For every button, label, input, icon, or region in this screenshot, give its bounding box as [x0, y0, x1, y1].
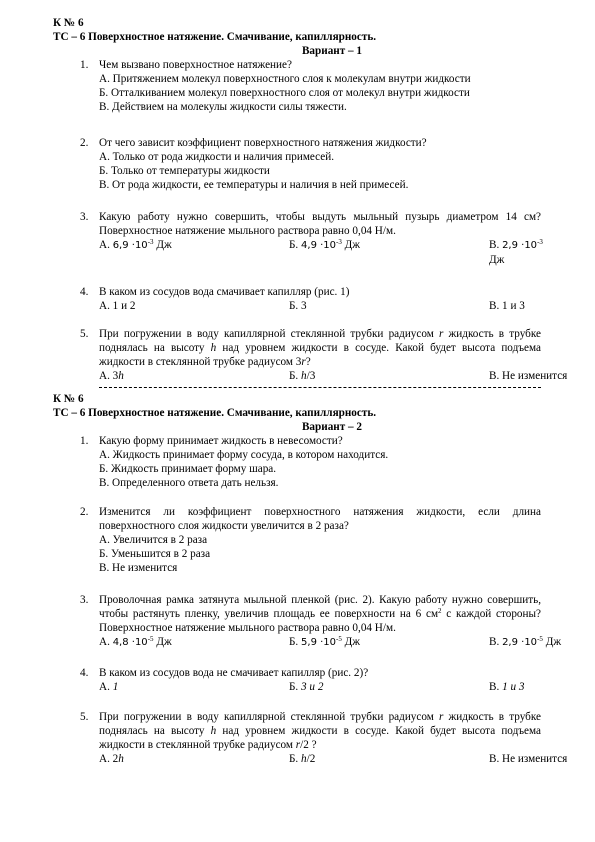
- question-5: 5. При погружении в воду капиллярной сте…: [63, 710, 541, 766]
- answer-option-c: В. Определенного ответа дать нельзя.: [99, 476, 541, 490]
- question-number: 2.: [80, 136, 88, 150]
- answer-option-b: Б. h/3: [289, 369, 489, 383]
- question-number: 4.: [80, 285, 88, 299]
- question-2: 2. От чего зависит коэффициент поверхнос…: [63, 136, 541, 192]
- answer-option-b: Б. 4,9 ·10-3 Дж: [289, 238, 489, 267]
- answer-option-a: А. Жидкость принимает форму сосуда, в ко…: [99, 448, 541, 462]
- test-topic-title: ТС – 6 Поверхностное натяжение. Смачиван…: [53, 30, 541, 44]
- answer-option-a: А. 4,8 ·10-5 Дж: [99, 635, 289, 650]
- question-3: 3. Проволочная рамка затянута мыльной пл…: [63, 593, 541, 650]
- answer-options-row: А. 2h Б. h/2 В. Не изменится: [99, 752, 541, 766]
- question-number: 2.: [80, 505, 88, 519]
- question-text: В каком из сосудов вода смачивает капилл…: [99, 285, 541, 299]
- document-page: К № 6 ТС – 6 Поверхностное натяжение. См…: [63, 16, 541, 766]
- question-number: 3.: [80, 210, 88, 224]
- answer-option-c: В. 1 и 3: [489, 299, 559, 313]
- question-2: 2. Изменится ли коэффициент поверхностно…: [63, 505, 541, 575]
- variant-title: Вариант – 2: [63, 420, 541, 434]
- answer-option-b: Б. Жидкость принимает форму шара.: [99, 462, 541, 476]
- answer-option-a: А. Притяжением молекул поверхностного сл…: [99, 72, 541, 86]
- question-number: 5.: [80, 710, 88, 724]
- question-1: 1. Чем вызвано поверхностное натяжение? …: [63, 58, 541, 114]
- question-text: Изменится ли коэффициент поверхностного …: [99, 505, 541, 533]
- test-number: К № 6: [53, 392, 541, 406]
- answer-option-c: В. От рода жидкости, ее температуры и на…: [99, 178, 541, 192]
- answer-option-b: Б. Только от температуры жидкости: [99, 164, 541, 178]
- answer-option-c: В. Действием на молекулы жидкости силы т…: [99, 100, 541, 114]
- question-text: При погружении в воду капиллярной стекля…: [99, 710, 541, 752]
- test-number: К № 6: [53, 16, 541, 30]
- answer-options-row: А. 1 и 2 Б. 3 В. 1 и 3: [99, 299, 541, 313]
- answer-option-a: А. 6,9 ·10-3 Дж: [99, 238, 289, 267]
- answer-option-a: А. 1 и 2: [99, 299, 289, 313]
- question-number: 1.: [80, 434, 88, 448]
- question-3: 3. Какую работу нужно совершить, чтобы в…: [63, 210, 541, 267]
- answer-option-a: А. Увеличится в 2 раза: [99, 533, 541, 547]
- answer-option-a: А. Только от рода жидкости и наличия при…: [99, 150, 541, 164]
- answer-option-b: Б. Уменьшится в 2 раза: [99, 547, 541, 561]
- question-text: Какую форму принимает жидкость в невесом…: [99, 434, 541, 448]
- answer-options-row: А. 4,8 ·10-5 Дж Б. 5,9 ·10-5 Дж В. 2,9 ·…: [99, 635, 541, 650]
- answer-option-b: Б. Отталкиванием молекул поверхностного …: [99, 86, 541, 100]
- answer-option-c: В. 2,9 ·10-5 Дж: [489, 635, 581, 650]
- answer-option-b: Б. 3: [289, 299, 489, 313]
- test-topic-title: ТС – 6 Поверхностное натяжение. Смачиван…: [53, 406, 541, 420]
- answer-option-b: Б. 5,9 ·10-5 Дж: [289, 635, 489, 650]
- answer-option-c: В. Не изменится: [99, 561, 541, 575]
- answer-option-c: В. Не изменится: [489, 752, 581, 766]
- answer-options-row: А. 3h Б. h/3 В. Не изменится: [99, 369, 541, 383]
- answer-option-a: А. 1: [99, 680, 289, 694]
- variant-2-section: К № 6 ТС – 6 Поверхностное натяжение. См…: [63, 392, 541, 766]
- answer-option-b: Б. h/2: [289, 752, 489, 766]
- answer-options-row: А. 6,9 ·10-3 Дж Б. 4,9 ·10-3 Дж В. 2,9 ·…: [99, 238, 541, 267]
- question-number: 5.: [80, 327, 88, 341]
- answer-option-a: А. 2h: [99, 752, 289, 766]
- variant-1-section: К № 6 ТС – 6 Поверхностное натяжение. См…: [63, 16, 541, 383]
- answer-options-row: А. 1 Б. 3 и 2 В. 1 и 3: [99, 680, 541, 694]
- question-1: 1. Какую форму принимает жидкость в неве…: [63, 434, 541, 490]
- question-text: От чего зависит коэффициент поверхностно…: [99, 136, 541, 150]
- question-text: В каком из сосудов вода не смачивает кап…: [99, 666, 541, 680]
- question-4: 4. В каком из сосудов вода не смачивает …: [63, 666, 541, 694]
- answer-option-c: В. 2,9 ·10-3 Дж: [489, 238, 559, 267]
- question-number: 3.: [80, 593, 88, 607]
- question-text: Проволочная рамка затянута мыльной пленк…: [99, 593, 541, 635]
- question-text: Чем вызвано поверхностное натяжение?: [99, 58, 541, 72]
- question-4: 4. В каком из сосудов вода смачивает кап…: [63, 285, 541, 313]
- question-number: 4.: [80, 666, 88, 680]
- variant-title: Вариант – 1: [63, 44, 541, 58]
- question-text: Какую работу нужно совершить, чтобы выду…: [99, 210, 541, 238]
- question-5: 5. При погружении в воду капиллярной сте…: [63, 327, 541, 383]
- question-text: При погружении в воду капиллярной стекля…: [99, 327, 541, 369]
- question-number: 1.: [80, 58, 88, 72]
- section-divider: [99, 387, 541, 388]
- answer-option-c: В. Не изменится: [489, 369, 581, 383]
- answer-option-a: А. 3h: [99, 369, 289, 383]
- answer-option-c: В. 1 и 3: [489, 680, 559, 694]
- answer-option-b: Б. 3 и 2: [289, 680, 489, 694]
